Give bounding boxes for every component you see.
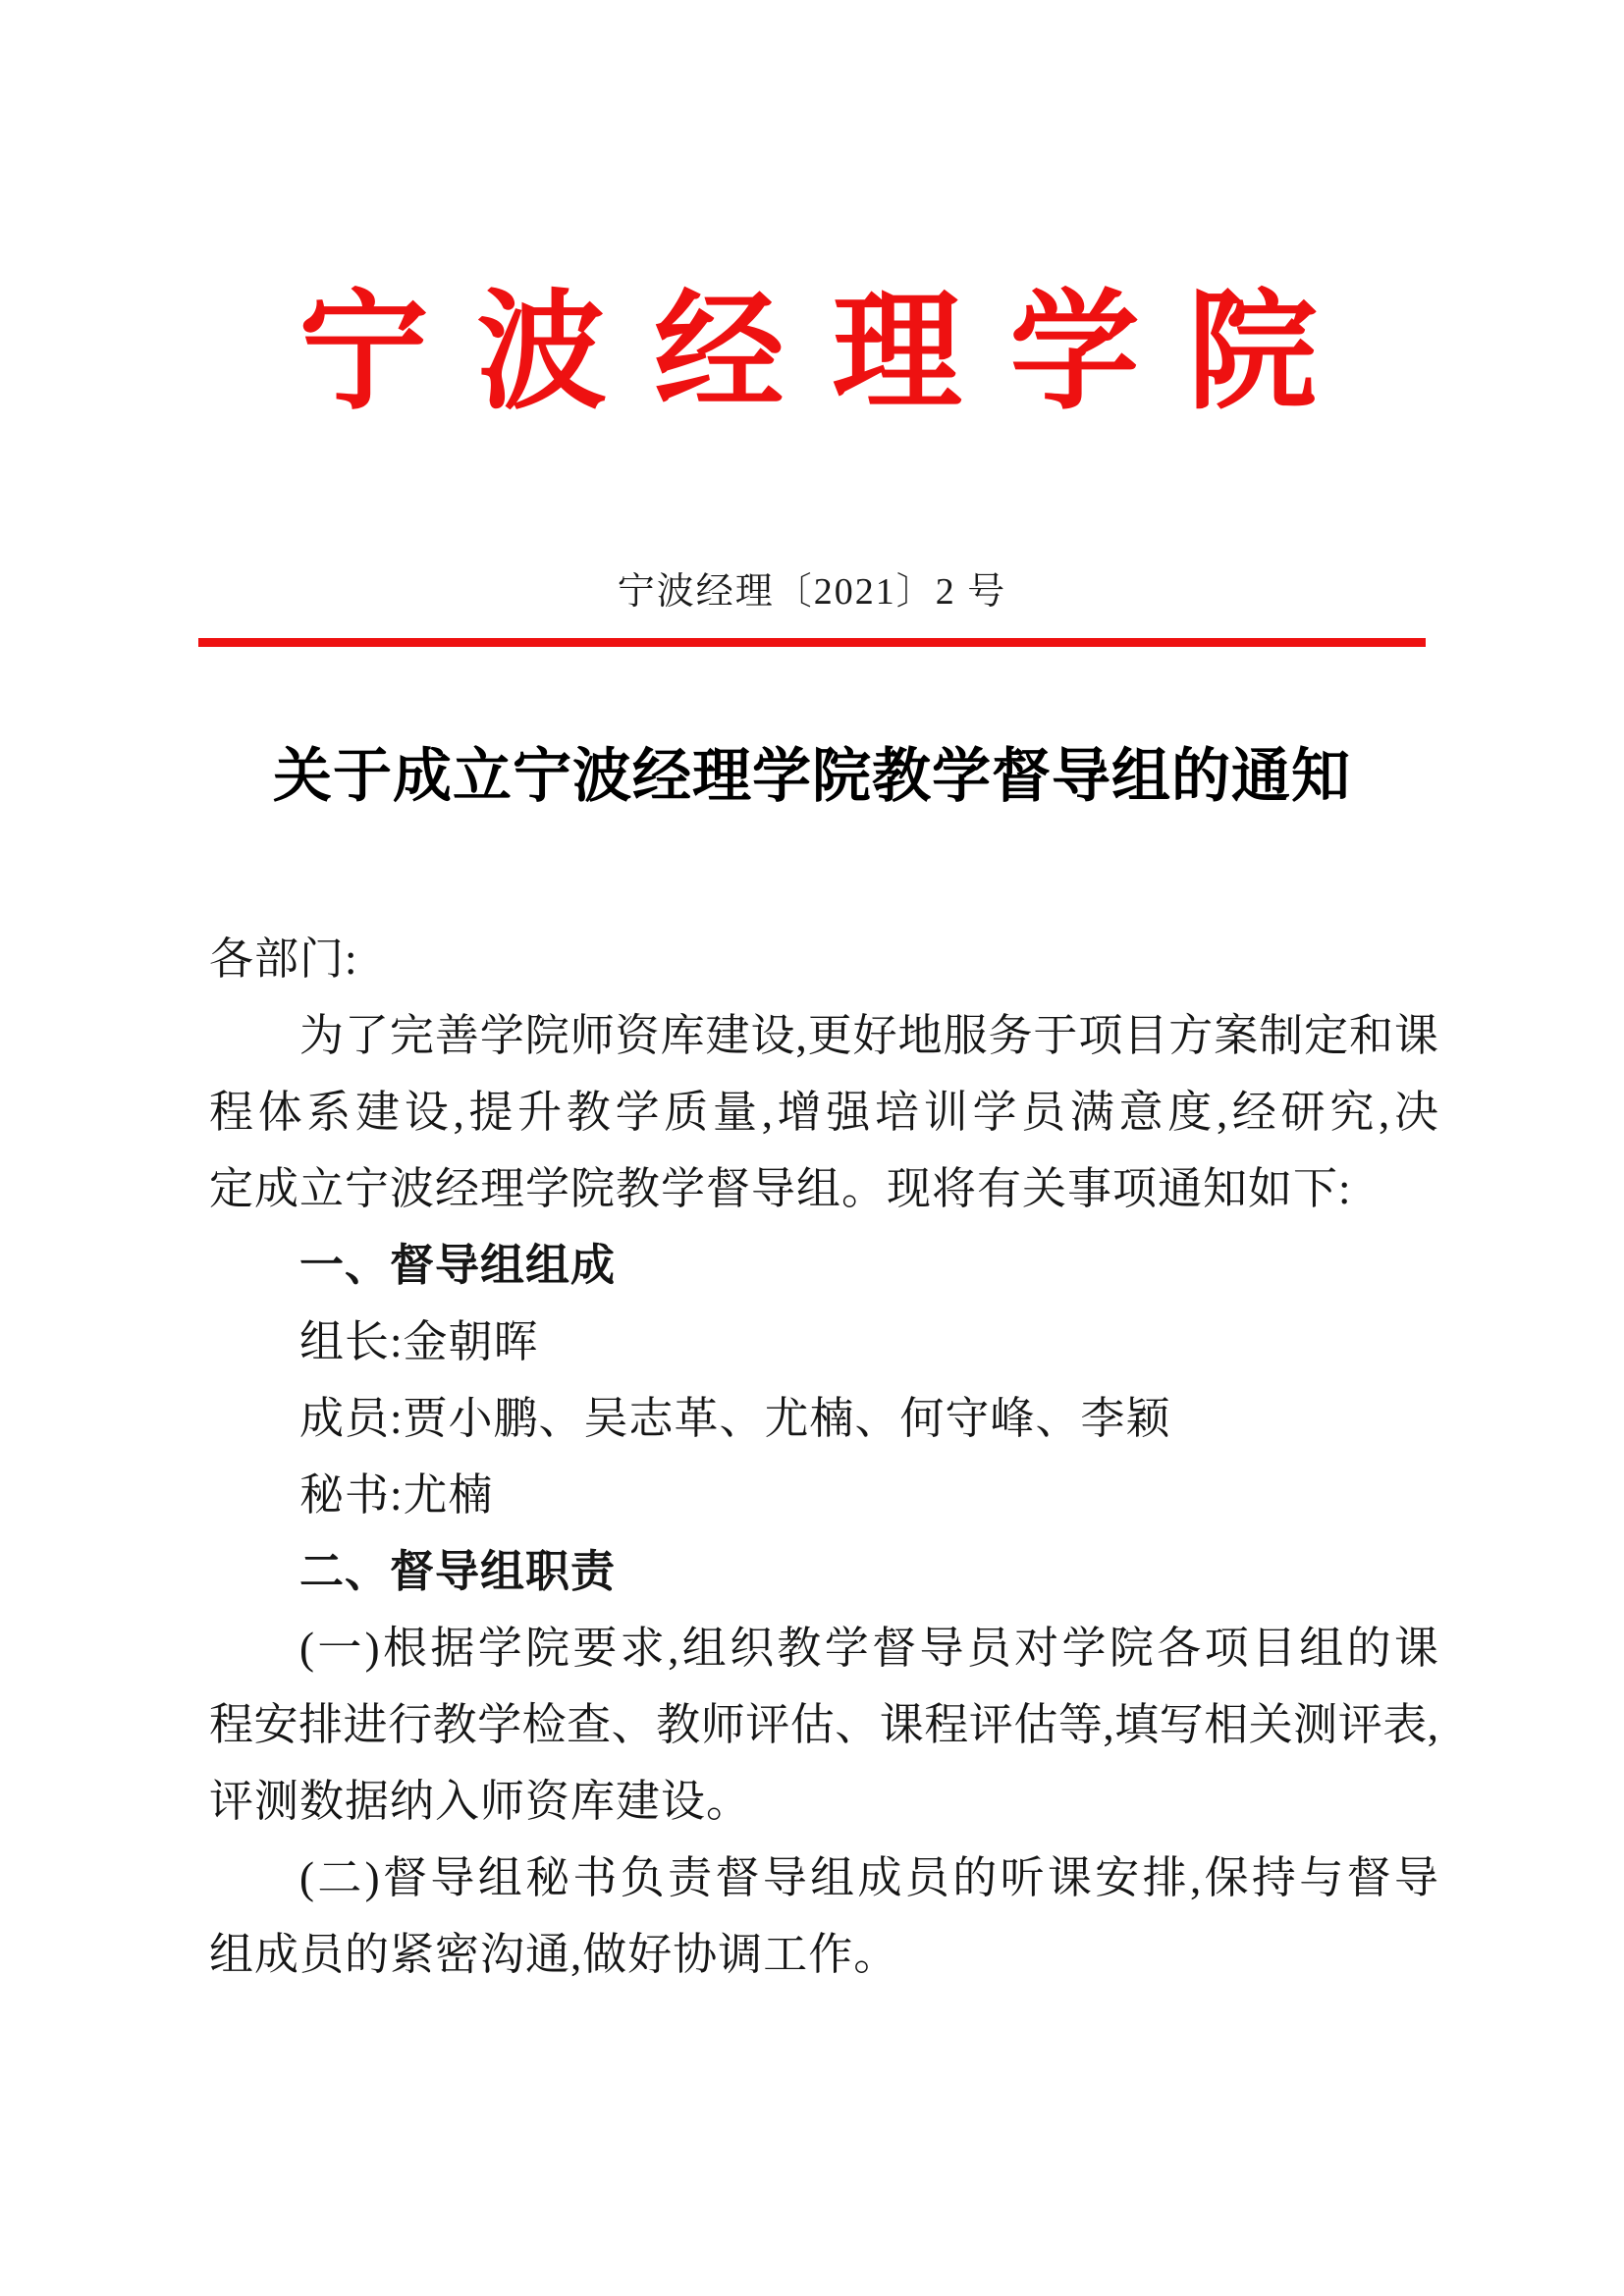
secretary-line: 秘书:尤楠 [209, 1457, 1438, 1533]
document-body: 各部门: 为了完善学院师资库建设,更好地服务于项目方案制定和课 程体系建设,提升… [209, 921, 1438, 1993]
salutation-line: 各部门: [209, 921, 1438, 997]
red-divider-line [198, 638, 1426, 647]
paragraph-line: (一)根据学院要求,组织教学督导员对学院各项目组的课 [209, 1610, 1438, 1686]
members-line: 成员:贾小鹏、吴志革、尤楠、何守峰、李颖 [209, 1380, 1438, 1457]
document-title: 关于成立宁波经理学院教学督导组的通知 [0, 745, 1624, 808]
paragraph-line: 评测数据纳入师资库建设。 [209, 1763, 1438, 1840]
section-heading-1: 一、督导组组成 [209, 1227, 1438, 1304]
document-number: 宁波经理〔2021〕2 号 [0, 571, 1624, 613]
leader-line: 组长:金朝晖 [209, 1304, 1438, 1380]
institution-title: 宁 波 经 理 学 院 [0, 287, 1624, 419]
paragraph-line: 为了完善学院师资库建设,更好地服务于项目方案制定和课 [209, 997, 1438, 1074]
paragraph-line: 组成员的紧密沟通,做好协调工作。 [209, 1916, 1438, 1993]
official-document-page: 宁 波 经 理 学 院 宁波经理〔2021〕2 号 关于成立宁波经理学院教学督导… [0, 0, 1624, 2296]
paragraph-line: (二)督导组秘书负责督导组成员的听课安排,保持与督导 [209, 1840, 1438, 1916]
paragraph-line: 程体系建设,提升教学质量,增强培训学员满意度,经研究,决 [209, 1074, 1438, 1150]
section-heading-2: 二、督导组职责 [209, 1533, 1438, 1610]
paragraph-line: 定成立宁波经理学院教学督导组。现将有关事项通知如下: [209, 1150, 1438, 1227]
paragraph-line: 程安排进行教学检查、教师评估、课程评估等,填写相关测评表, [209, 1686, 1438, 1763]
